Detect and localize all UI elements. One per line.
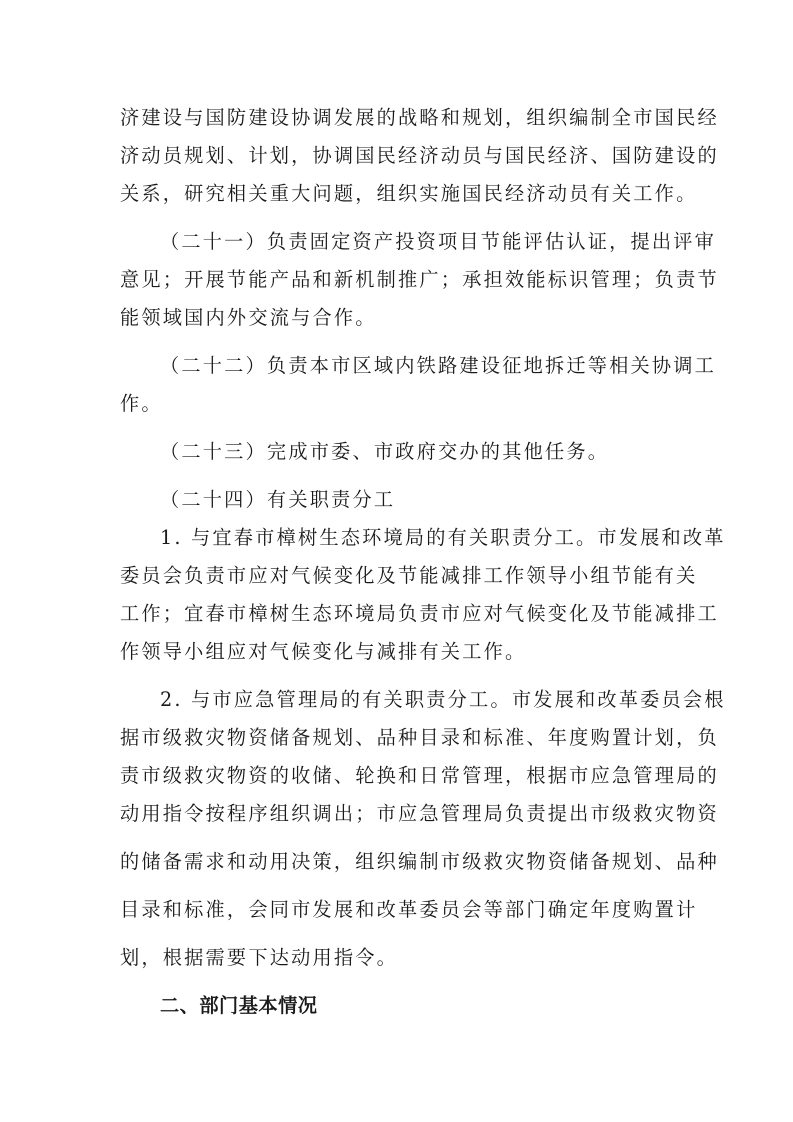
text-line: 意见；开展节能产品和新机制推广；承担效能标识管理；负责节 bbox=[120, 268, 680, 292]
text-line: 责市级救灾物资的收储、轮换和日常管理，根据市应急管理局的 bbox=[120, 764, 680, 788]
text-line: 作。 bbox=[120, 392, 680, 416]
text-line: 济动员规划、计划，协调国民经济动员与国民经济、国防建设的 bbox=[120, 144, 680, 168]
text-line: 委员会负责市应对气候变化及节能减排工作领导小组节能有关 bbox=[120, 564, 680, 588]
text-line: 的储备需求和动用决策，组织编制市级救灾物资储备规划、品种 bbox=[120, 850, 680, 874]
text-line: 划，根据需要下达动用指令。 bbox=[120, 946, 680, 970]
document-page: 济建设与国防建设协调发展的战略和规划，组织编制全市国民经济动员规划、计划，协调国… bbox=[0, 0, 793, 1122]
text-line: 关系，研究相关重大问题，组织实施国民经济动员有关工作。 bbox=[120, 182, 680, 206]
text-line: 动用指令按程序组织调出；市应急管理局负责提出市级救灾物资 bbox=[120, 802, 680, 826]
text-line: （二十二）负责本市区域内铁路建设征地拆迁等相关协调工 bbox=[160, 354, 680, 378]
text-line: （二十三）完成市委、市政府交办的其他任务。 bbox=[160, 440, 680, 464]
text-line: 2. 与市应急管理局的有关职责分工。市发展和改革委员会根 bbox=[160, 688, 680, 712]
text-line: 1. 与宜春市樟树生态环境局的有关职责分工。市发展和改革 bbox=[160, 526, 680, 550]
section-heading: 二、部门基本情况 bbox=[160, 994, 680, 1018]
text-line: （二十一）负责固定资产投资项目节能评估认证，提出评审 bbox=[160, 230, 680, 254]
text-line: 能领域国内外交流与合作。 bbox=[120, 306, 680, 330]
text-line: 据市级救灾物资储备规划、品种目录和标准、年度购置计划，负 bbox=[120, 726, 680, 750]
text-line: 目录和标准，会同市发展和改革委员会等部门确定年度购置计 bbox=[120, 898, 680, 922]
text-line: 工作；宜春市樟树生态环境局负责市应对气候变化及节能减排工 bbox=[120, 602, 680, 626]
text-line: 济建设与国防建设协调发展的战略和规划，组织编制全市国民经 bbox=[120, 106, 680, 130]
text-line: 作领导小组应对气候变化与减排有关工作。 bbox=[120, 640, 680, 664]
text-line: （二十四）有关职责分工 bbox=[160, 488, 680, 512]
